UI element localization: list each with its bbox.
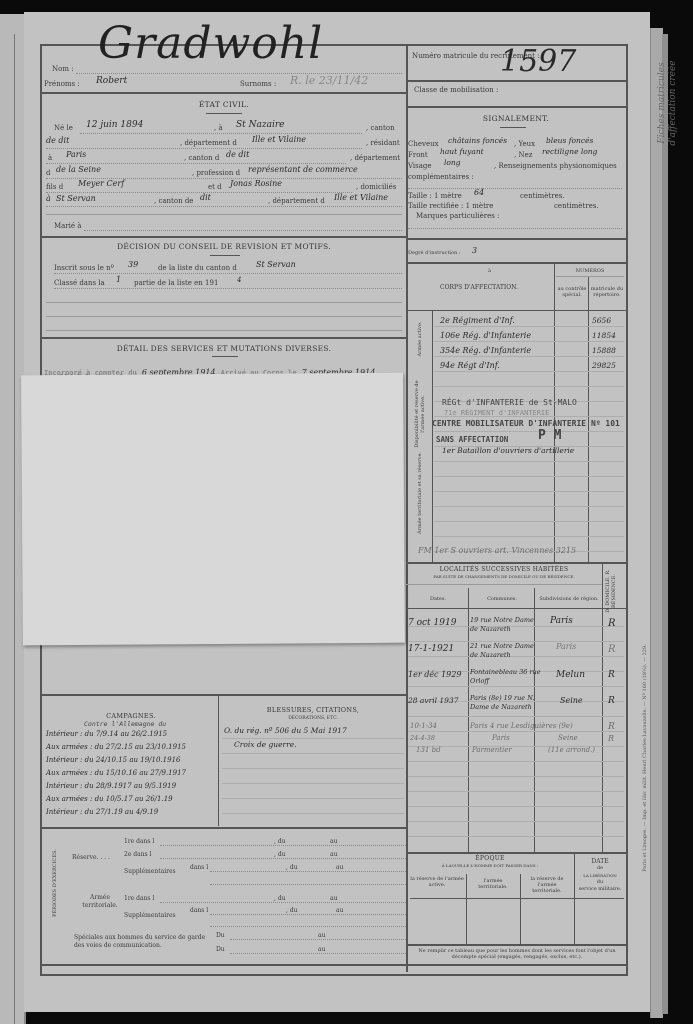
partie-value: 4 — [237, 276, 241, 284]
corps-footer-note: FM 1er S ouvriers art. Vincennes 3215 — [418, 546, 576, 555]
printer-imprint: Paris et Limoges. — Imp. et libr. milit.… — [642, 593, 648, 923]
a-value: St Nazaire — [236, 120, 285, 130]
epoque-col3: la réserve de l'armée territoriale. — [522, 876, 572, 894]
col-controle: au contrôle spécial. — [556, 286, 588, 298]
ne-le-value: 12 juin 1894 — [86, 120, 143, 130]
stamp-reg-st-malo: RÉGt d'INFANTERIE de St-MALO — [442, 398, 577, 407]
blessures-ruled-area — [222, 724, 404, 824]
nom-value: Gradwohl — [98, 18, 323, 69]
departement3-label: , département d — [268, 197, 325, 205]
marques-label: Marques particulières : — [416, 212, 499, 220]
taille-rectifiee-unit: centimètres. — [554, 202, 599, 210]
domicile-prefix: à — [46, 194, 51, 203]
margin-note: Fiches matricules d'affectation créée — [657, 33, 683, 173]
departement2-value: de la Seine — [56, 165, 101, 174]
stamp-sans-affectation: SANS AFFECTATION — [436, 435, 508, 444]
stamp-71e-regiment: 71e RÉGIMENT d'INFANTERIE — [444, 409, 549, 417]
campagne-row: Aux armées : du 15/10.16 au 27/9.1917 — [46, 767, 218, 780]
departement-label: , département d — [180, 139, 237, 147]
localite-row: 28 avril 1937 Paris (8e) 19 rue N. Dame … — [408, 694, 624, 720]
reserve-1re-au: au — [330, 838, 337, 845]
localites-title: LOCALITÉS SUCCESSIVES HABITÉES — [406, 566, 602, 573]
col-dates: Dates. — [408, 596, 468, 602]
epoque-col1: la réserve de l'armée active. — [410, 876, 464, 888]
campagne-row: Intérieur : du 24/10.15 au 19/10.1916 — [46, 754, 218, 767]
campagne-row: Intérieur : du 7/9.14 au 26/2.1915 — [46, 728, 218, 741]
partie-label: partie de la liste en 191 — [134, 279, 218, 287]
reserve-supp: Supplémentaires — [124, 868, 176, 875]
etat-civil-title: ÉTAT CIVIL. — [42, 100, 406, 109]
armee-terr-label: Armée territoriale. — [78, 894, 122, 910]
corps-row: 354e Rég. d'Infanterie 15888 — [440, 346, 624, 358]
complementaires-label: complémentaires : — [408, 173, 474, 181]
col-communes: Communes. — [470, 596, 534, 602]
departement3-value: Ille et Vilaine — [334, 193, 388, 202]
departement2-label: , département — [350, 154, 400, 162]
campagnes-list: Intérieur : du 7/9.14 au 26/2.1915 Aux a… — [46, 728, 218, 819]
degre-label: Degré d'instruction : — [408, 250, 461, 256]
taille-value: 64 — [474, 188, 484, 197]
stamp-centre-mobilisateur: CENTRE MOBILISATEUR D'INFANTERIE Nº 101 — [432, 419, 620, 428]
campagne-row: Intérieur : du 27/1.19 au 4/9.19 — [46, 806, 218, 819]
canton2-label: , canton d — [184, 154, 219, 162]
campagne-row: Aux armées : du 27/2.15 au 23/10.1915 — [46, 741, 218, 754]
side-territoriale: Armée territoriale et sa réserve. — [417, 451, 423, 535]
localite-row: 1er déc 1929 Fontainebleau 36 rue Orloff… — [408, 668, 624, 694]
localite-row: 10-1-34 Paris 4 rue Lesdiguières (9e) R — [408, 722, 624, 734]
reserve-2e-du: , du — [274, 851, 286, 858]
reserve-supp-dans: dans l — [190, 864, 208, 871]
campagnes-subtitle: Contre l'Allemagne du — [84, 720, 166, 728]
yeux-value: bleus foncés — [546, 136, 593, 145]
blessures-line2: Croix de guerre. — [234, 740, 297, 749]
localite-row: 131 bd Parmentier (11e arrond.) — [408, 746, 624, 758]
et-label: et d — [208, 183, 222, 191]
speciales-label: Spéciales aux hommes du service de garde… — [74, 934, 214, 950]
surnoms-value: R. le 23/11/42 — [290, 74, 368, 87]
front-value: haut fuyant — [440, 147, 484, 156]
canton3-label: , canton de — [154, 197, 193, 205]
corps-row: 106e Rég. d'Infanterie 11854 — [440, 331, 624, 343]
epoque-note: Ne remplir ce tableau que pour les homme… — [412, 948, 622, 960]
blessures-subtitle: DÉCORATIONS, ETC. — [220, 716, 406, 721]
visage-label: Visage — [408, 162, 432, 170]
corps-handwritten-battalion: 1er Bataillon d'ouvriers d'artillerie — [442, 446, 574, 455]
nez-value: rectiligne long — [542, 147, 597, 156]
nom-label: Nom : — [52, 65, 74, 73]
speciales-au-1: au — [318, 932, 325, 939]
fils-label: fils d — [46, 183, 63, 191]
profession-label: , profession d — [192, 169, 240, 177]
degre-value: 3 — [472, 246, 477, 255]
front-label: Front — [408, 151, 428, 159]
blessures-line1: O. du rég. nº 506 du 5 Mai 1917 — [224, 726, 347, 735]
localite-row: 24-4-38 Paris Seine R — [408, 734, 624, 746]
surnoms-label: Surnoms : — [240, 80, 276, 88]
liste-value: St Servan — [256, 260, 296, 269]
taille-label: Taille : 1 mètre — [408, 192, 462, 200]
canton-label: , canton — [366, 124, 395, 132]
reserve-label: Réserve. . . . — [72, 854, 110, 861]
terr-supp-au: au — [336, 907, 343, 914]
reserve-supp-du: , du — [286, 864, 298, 871]
marie-label: Marié à — [54, 222, 81, 230]
blessures-title: BLESSURES, CITATIONS, — [220, 706, 406, 714]
inscrit-value: 39 — [128, 260, 138, 269]
epoque-title: ÉPOQUE — [410, 855, 570, 862]
matricule-value: 1597 — [500, 44, 576, 79]
decision-title: DÉCISION DU CONSEIL DE REVISION ET MOTIF… — [42, 242, 406, 251]
pere-value: Meyer Cerf — [78, 179, 124, 188]
residant-value: Paris — [66, 150, 86, 159]
margin-note-line1: Fiches matricules — [657, 33, 668, 173]
col-subdivisions: Subdivisions de région. — [536, 596, 602, 602]
profession-value: représentant de commerce — [248, 165, 358, 174]
terr-supp-dans: dans l — [190, 907, 208, 914]
visage-value: long — [444, 158, 461, 167]
margin-note-line2: d'affectation créée — [668, 33, 679, 173]
reserve-2e-au: au — [330, 851, 337, 858]
terr-1re-du: , du — [274, 895, 286, 902]
col-matricule: matricule du répertoire. — [590, 286, 624, 298]
reserve-2e: 2e dans l — [124, 851, 151, 858]
a-label: , à — [214, 124, 223, 132]
prenoms-label: Prénoms : — [44, 80, 80, 88]
canton2-value: de dit — [226, 150, 249, 159]
cheveux-value: châtains foncés — [448, 136, 507, 145]
yeux-label: , Yeux — [514, 140, 535, 148]
canton-value: de dit — [46, 136, 69, 145]
date-liberation-header: DATE de LA LIBÉRATION du service militai… — [576, 858, 624, 893]
corps-header-a: à — [488, 268, 491, 274]
speciales-du-2: Du — [216, 946, 225, 953]
classe-dans-value: 1 — [116, 275, 121, 284]
liste-label: de la liste du canton d — [158, 264, 237, 272]
pasted-paper-slip — [21, 373, 405, 646]
departement2-prefix: d — [46, 169, 50, 177]
campagnes-title: CAMPAGNES. — [44, 712, 218, 720]
corps-row: 2e Régiment d'Inf. 5656 — [440, 316, 624, 328]
campagne-row: Intérieur : du 28/9.1917 au 9/5.1919 — [46, 780, 218, 793]
localite-row: 7 oct 1919 19 rue Notre Dame de Nazareth… — [408, 616, 624, 642]
corps-header-title: CORPS D'AFFECTATION. — [440, 284, 518, 291]
campagne-row: Aux armées : du 10/5.17 au 26/1.19 — [46, 793, 218, 806]
taille-rectifiee-label: Taille rectifiée : 1 mètre — [408, 202, 493, 210]
domicile-value: St Servan — [56, 194, 96, 203]
terr-supp: Supplémentaires — [124, 912, 176, 919]
terr-1re-au: au — [330, 895, 337, 902]
ne-le-label: Né le — [54, 124, 73, 132]
speciales-au-2: au — [318, 946, 325, 953]
prenoms-value: Robert — [96, 76, 127, 86]
taille-unit: centimètres. — [520, 192, 565, 200]
side-disponibilite: Disponibilité et réserve de l'armée acti… — [414, 372, 426, 456]
domicilies-label: , domiciliés — [356, 183, 396, 191]
residant-a-label: à — [48, 154, 52, 162]
localites-subtitle: PAR SUITE DE CHANGEMENTS DE DOMICILE OU … — [406, 574, 602, 579]
speciales-du-1: Du — [216, 932, 225, 939]
inscrit-label: Inscrit sous le nº — [54, 264, 114, 272]
nez-label: , Nez — [514, 151, 532, 159]
cheveux-label: Cheveux — [408, 140, 439, 148]
corps-row: 94e Régt d'Inf. 29825 — [440, 361, 624, 373]
services-title: DÉTAIL DES SERVICES ET MUTATIONS DIVERSE… — [42, 344, 406, 353]
classe-label: Classe de mobilisation : — [414, 86, 484, 94]
stamp-pm: P M — [538, 428, 561, 443]
numeros-title: NUMÉROS — [556, 268, 624, 274]
reserve-1re: 1re dans l — [124, 838, 154, 845]
localite-row: 17-1-1921 21 rue Notre Dame de Nazareth … — [408, 642, 624, 668]
epoque-col2: l'armée territoriale. — [468, 878, 518, 890]
canton3-value: dit — [200, 193, 211, 202]
page-stack-edge-dark — [662, 34, 668, 1014]
terr-1re: 1re dans l — [124, 895, 154, 902]
residant-label: , résidant — [366, 139, 400, 147]
departement-value: Ille et Vilaine — [252, 135, 306, 144]
side-armee-active: Armée active. — [417, 309, 423, 369]
periodes-side-label: PÉRIODES D'EXERCICES. — [52, 848, 58, 918]
mere-value: Jonas Rosine — [230, 179, 282, 188]
renseignements-label: , Renseignements physionomiques — [494, 162, 617, 170]
reserve-1re-du: , du — [274, 838, 286, 845]
reserve-supp-au: au — [336, 864, 343, 871]
epoque-subtitle: À LAQUELLE L'HOMME DOIT PASSER DANS : — [410, 863, 570, 868]
signalement-title: SIGNALEMENT. — [406, 114, 626, 123]
classe-dans-label: Classé dans la — [54, 279, 105, 287]
matricule-label: Numéro matricule du recrutement : — [412, 52, 492, 60]
terr-supp-du: , du — [286, 907, 298, 914]
